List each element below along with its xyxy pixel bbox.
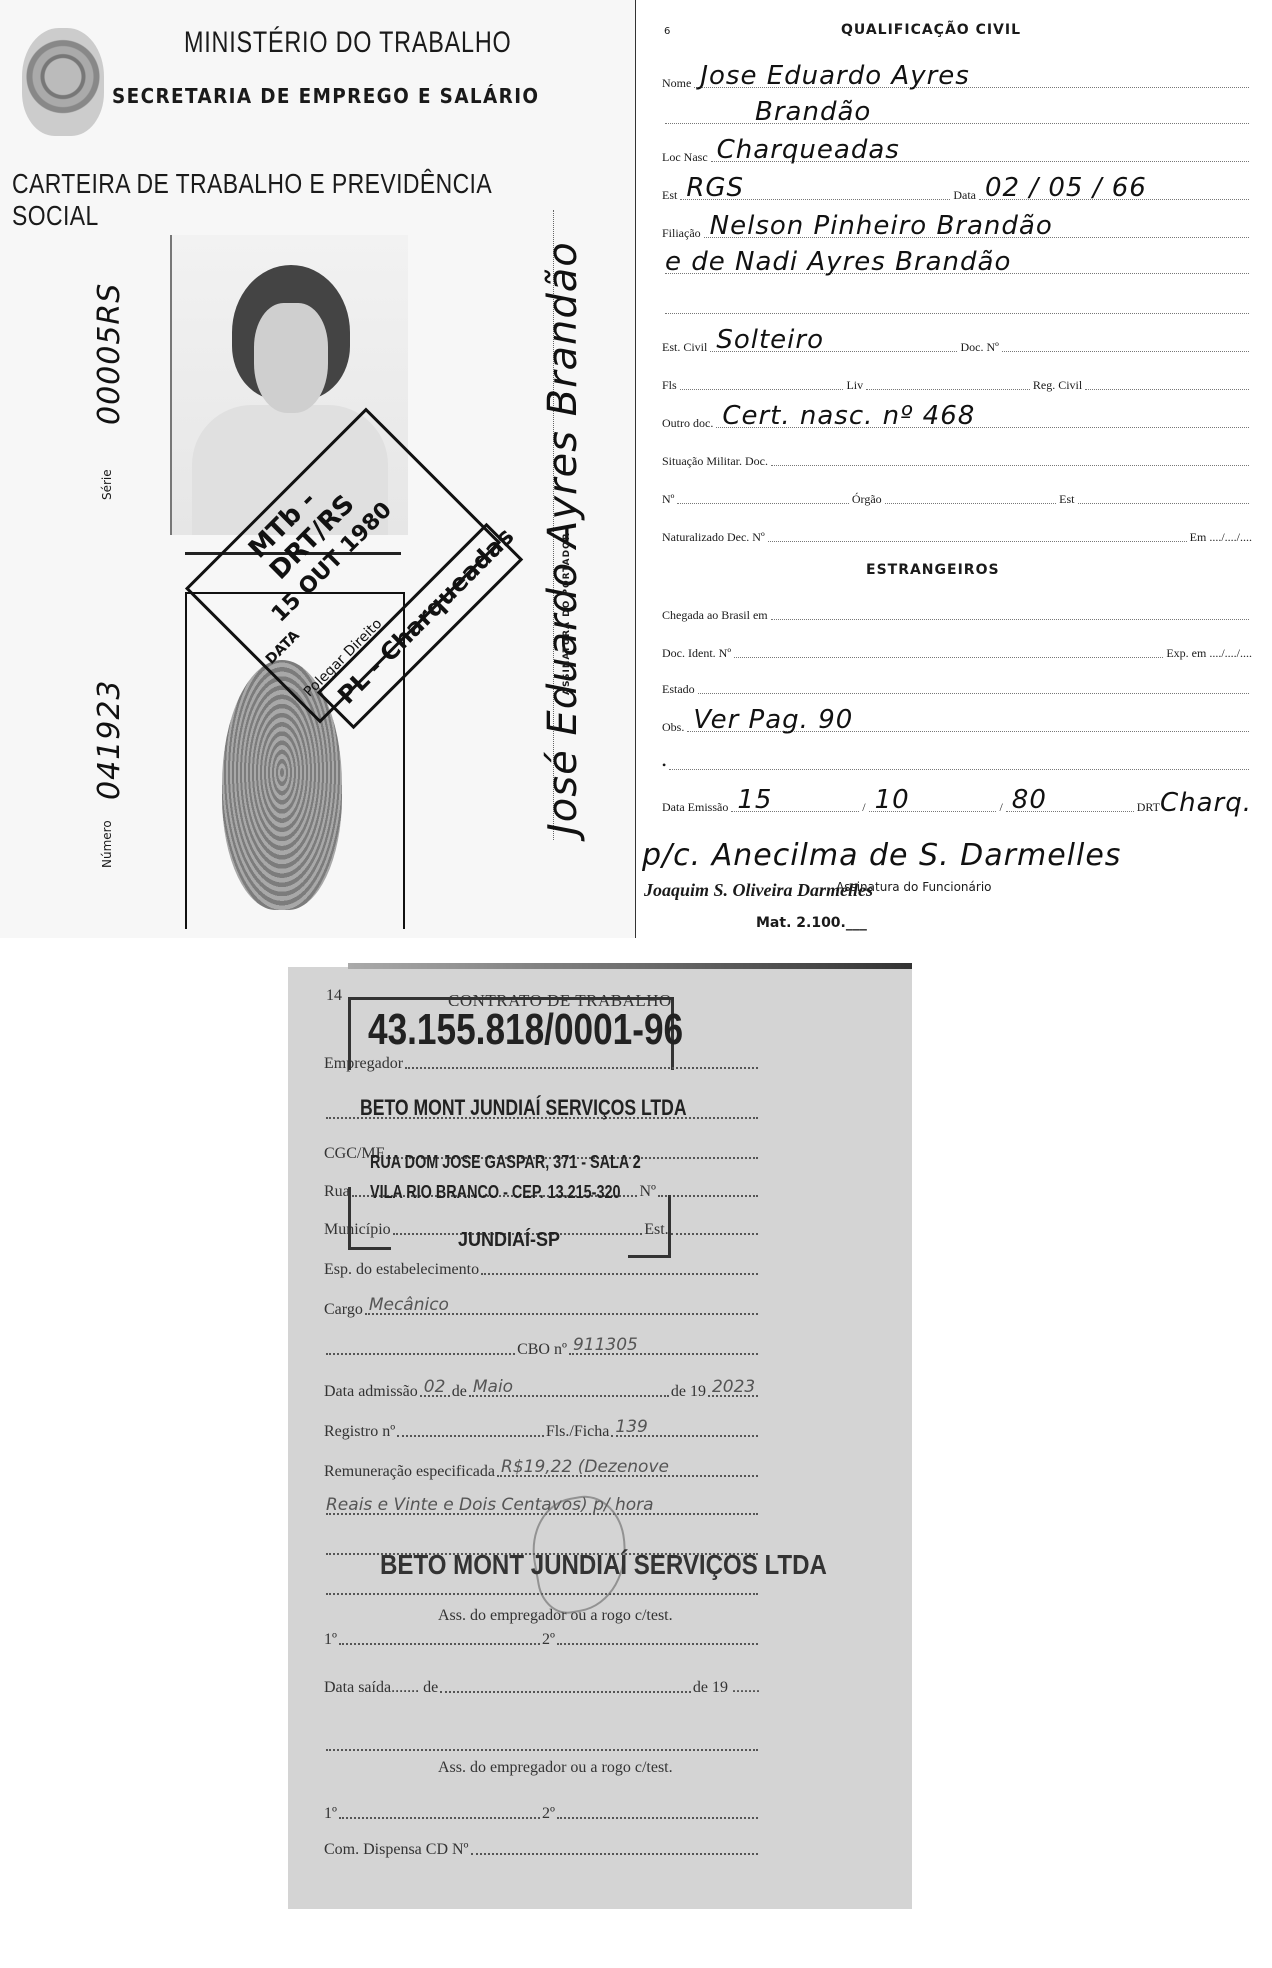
filiacao-value-line2: e de Nadi Ayres Brandão	[665, 247, 1011, 277]
saida-de-label: ....... de	[391, 1679, 438, 1699]
witness-1b-label: 1º	[324, 1805, 337, 1825]
field-remuneracao: Remuneração especificada R$19,22 (Dezeno…	[324, 1455, 760, 1483]
page-marker: 6	[664, 26, 670, 37]
field-doc-ident: Doc. Ident. Nº Exp. em ..../..../....	[662, 634, 1252, 664]
emissao-year: 80	[1012, 785, 1047, 815]
admissao-month: Maio	[473, 1377, 513, 1397]
empregador-label: Empregador	[324, 1055, 403, 1075]
liv-label: Liv	[846, 378, 863, 396]
est-civil-label: Est. Civil	[662, 340, 707, 358]
field-estado: Estado	[662, 670, 1252, 700]
saida-de19-label: de 19 .......	[693, 1679, 760, 1699]
data-nascimento-value: 02 / 05 / 66	[985, 173, 1147, 203]
field-cbo: CBO nº 911305	[324, 1333, 760, 1361]
field-data-saida: Data saída ....... de de 19 .......	[324, 1671, 760, 1699]
emissao-day: 15	[737, 785, 772, 815]
fls-label: Fls	[662, 378, 677, 396]
field-data-emissao: Data Emissão 15 / 10 / 80 DRT Charq.	[662, 788, 1252, 818]
nome-value: Jose Eduardo Ayres	[700, 61, 970, 91]
witness-2-label: 2º	[542, 1631, 555, 1651]
data-label: Data	[953, 188, 976, 206]
drt-value: Charq.	[1160, 788, 1252, 818]
serie-label: Série	[100, 469, 114, 500]
est-civil-value: Solteiro	[716, 325, 824, 355]
field-filiacao: Filiação Nelson Pinheiro Brandão	[662, 214, 1252, 244]
estado-label: Estado	[662, 682, 695, 700]
foreigners-title: ESTRANGEIROS	[866, 562, 1000, 578]
field-testemunhas-2: 1º 2º	[324, 1797, 760, 1825]
cbo-value: 911305	[573, 1335, 638, 1355]
rua-label: Rua	[324, 1183, 350, 1203]
chegada-label: Chegada ao Brasil em	[662, 608, 768, 626]
brazil-coat-of-arms-icon	[22, 28, 104, 136]
n-label: Nº	[662, 492, 674, 510]
remuneracao-label: Remuneração especificada	[324, 1463, 495, 1483]
cbo-label: CBO nº	[517, 1341, 567, 1361]
numero-label: Número	[100, 820, 114, 868]
loc-nasc-label: Loc Nasc	[662, 150, 708, 168]
civil-qualification-page: 6 QUALIFICAÇÃO CIVIL Nome Jose Eduardo A…	[636, 0, 1272, 938]
admissao-de-label: de	[452, 1383, 467, 1403]
official-printed-name: Joaquim S. Oliveira Darmelles	[644, 880, 873, 901]
document-title: CARTEIRA DE TRABALHO E PREVIDÊNCIA SOCIA…	[12, 168, 523, 232]
doc-ident-label: Doc. Ident. Nº	[662, 646, 731, 664]
ctps-cover-page: MINISTÉRIO DO TRABALHO SECRETARIA DE EMP…	[0, 0, 635, 938]
ficha-value: 139	[615, 1417, 647, 1437]
saida-label: Data saída	[324, 1679, 391, 1699]
cargo-label: Cargo	[324, 1301, 363, 1321]
outro-doc-label: Outro doc.	[662, 416, 713, 434]
witness-2b-label: 2º	[542, 1805, 555, 1825]
field-outro-doc: Outro doc. Cert. nasc. nº 468	[662, 404, 1252, 434]
civil-qualification-title: QUALIFICAÇÃO CIVIL	[841, 22, 1021, 38]
field-filiacao-cont: e de Nadi Ayres Brandão	[662, 250, 1252, 280]
cargo-value: Mecânico	[369, 1295, 449, 1315]
reg-civil-label: Reg. Civil	[1033, 378, 1082, 396]
bearer-signature-caption: ASSINATURA DO PORTADOR	[562, 532, 572, 695]
numero-value: 041923	[92, 679, 127, 800]
ficha-label: Fls./Ficha	[546, 1423, 610, 1443]
emissao-month: 10	[875, 785, 910, 815]
exp-em-label: Exp. em ..../..../....	[1166, 646, 1252, 664]
field-orgao: Nº Órgão Est	[662, 480, 1252, 510]
field-empregador: Empregador	[324, 1047, 760, 1075]
field-nome-cont: Brandão	[662, 100, 1252, 130]
extra-bullet: •	[662, 758, 666, 776]
admissao-de19-label: de 19	[671, 1383, 706, 1403]
field-fls-liv: Fls Liv Reg. Civil	[662, 366, 1252, 396]
address-stamp-line2: VILA RIO BRANCO - CEP. 13.215-320	[370, 1182, 620, 1203]
official-mat: Mat. 2.100.___	[756, 915, 867, 931]
city-stamp-bracket-right	[628, 1195, 671, 1258]
field-obs: Obs. Ver Pag. 90	[662, 708, 1252, 738]
admissao-day: 02	[424, 1377, 446, 1397]
drt-label: DRT	[1137, 800, 1160, 818]
official-signature: p/c. Anecilma de S. Darmelles	[642, 838, 1121, 873]
filiacao-value: Nelson Pinheiro Brandão	[710, 211, 1053, 241]
field-situacao-militar: Situação Militar. Doc.	[662, 442, 1252, 472]
field-blank	[662, 290, 1252, 320]
secretariat-title: SECRETARIA DE EMPREGO E SALÁRIO	[112, 84, 539, 108]
city-stamp: JUNDIAÍ-SP	[458, 1229, 560, 1252]
est-label: Est	[662, 188, 677, 206]
field-loc-nasc: Loc Nasc Charqueadas	[662, 138, 1252, 168]
field-chegada: Chegada ao Brasil em	[662, 596, 1252, 626]
employer-name-stamp-2: BETO MONT JUNDIAÍ SERVIÇOS LTDA	[380, 1549, 827, 1581]
witness-1-label: 1º	[324, 1631, 337, 1651]
est-value: RGS	[686, 173, 744, 203]
est2-label: Est	[1059, 492, 1074, 510]
serie-value: 00005RS	[92, 283, 127, 425]
page-top-edge	[348, 963, 912, 969]
dispensa-label: Com. Dispensa CD Nº	[324, 1841, 469, 1861]
nome-value-line2: Brandão	[755, 97, 871, 127]
employer-name-stamp: BETO MONT JUNDIAÍ SERVIÇOS LTDA	[360, 1095, 687, 1121]
address-stamp-line1: RUA DOM JOSE GASPAR, 371 - SALA 2	[370, 1152, 641, 1173]
employment-contract-page: 14 CONTRATO DE TRABALHO 43.155.818/0001-…	[288, 967, 912, 1909]
field-naturalizado: Naturalizado Dec. Nº Em ..../..../....	[662, 518, 1252, 548]
loc-nasc-value: Charqueadas	[717, 135, 900, 165]
field-dispensa: Com. Dispensa CD Nº	[324, 1833, 760, 1861]
field-esp-estabelecimento: Esp. do estabelecimento	[324, 1253, 760, 1281]
doc-n-label: Doc. Nº	[960, 340, 998, 358]
registro-label: Registro nº	[324, 1423, 395, 1443]
situacao-militar-label: Situação Militar. Doc.	[662, 454, 768, 472]
city-stamp-bracket-left	[348, 1187, 391, 1250]
field-data-admissao: Data admissão 02 de Maio de 19 2023	[324, 1375, 760, 1403]
photo-face	[254, 303, 328, 413]
field-nome: Nome Jose Eduardo Ayres	[662, 64, 1252, 94]
filiacao-label: Filiação	[662, 226, 701, 244]
obs-value: Ver Pag. 90	[693, 705, 853, 735]
naturalizado-label: Naturalizado Dec. Nº	[662, 530, 765, 548]
field-cargo: Cargo Mecânico	[324, 1293, 760, 1321]
field-est-data: Est RGS Data 02 / 05 / 66	[662, 176, 1252, 206]
em-label: Em ..../..../....	[1190, 530, 1252, 548]
admissao-year: 2023	[712, 1377, 755, 1397]
stamp-date-label: DATA	[263, 628, 303, 668]
remuneracao-value: R$19,22 (Dezenove	[501, 1457, 669, 1477]
field-blank-3	[324, 1729, 760, 1757]
field-testemunhas-1: 1º 2º	[324, 1623, 760, 1651]
field-est-civil: Est. Civil Solteiro Doc. Nº	[662, 328, 1252, 358]
field-registro: Registro nº Fls./Ficha 139	[324, 1415, 760, 1443]
obs-label: Obs.	[662, 720, 684, 738]
admissao-label: Data admissão	[324, 1383, 418, 1403]
esp-label: Esp. do estabelecimento	[324, 1261, 479, 1281]
page-number: 14	[326, 987, 342, 1005]
ministry-title: MINISTÉRIO DO TRABALHO	[184, 26, 511, 60]
orgao-label: Órgão	[852, 492, 882, 510]
outro-doc-value: Cert. nasc. nº 468	[722, 401, 975, 431]
employer-signature-caption-2: Ass. do empregador ou a rogo c/test.	[438, 1759, 673, 1777]
field-extra: •	[662, 746, 1252, 776]
nome-label: Nome	[662, 76, 691, 94]
data-emissao-label: Data Emissão	[662, 800, 728, 818]
